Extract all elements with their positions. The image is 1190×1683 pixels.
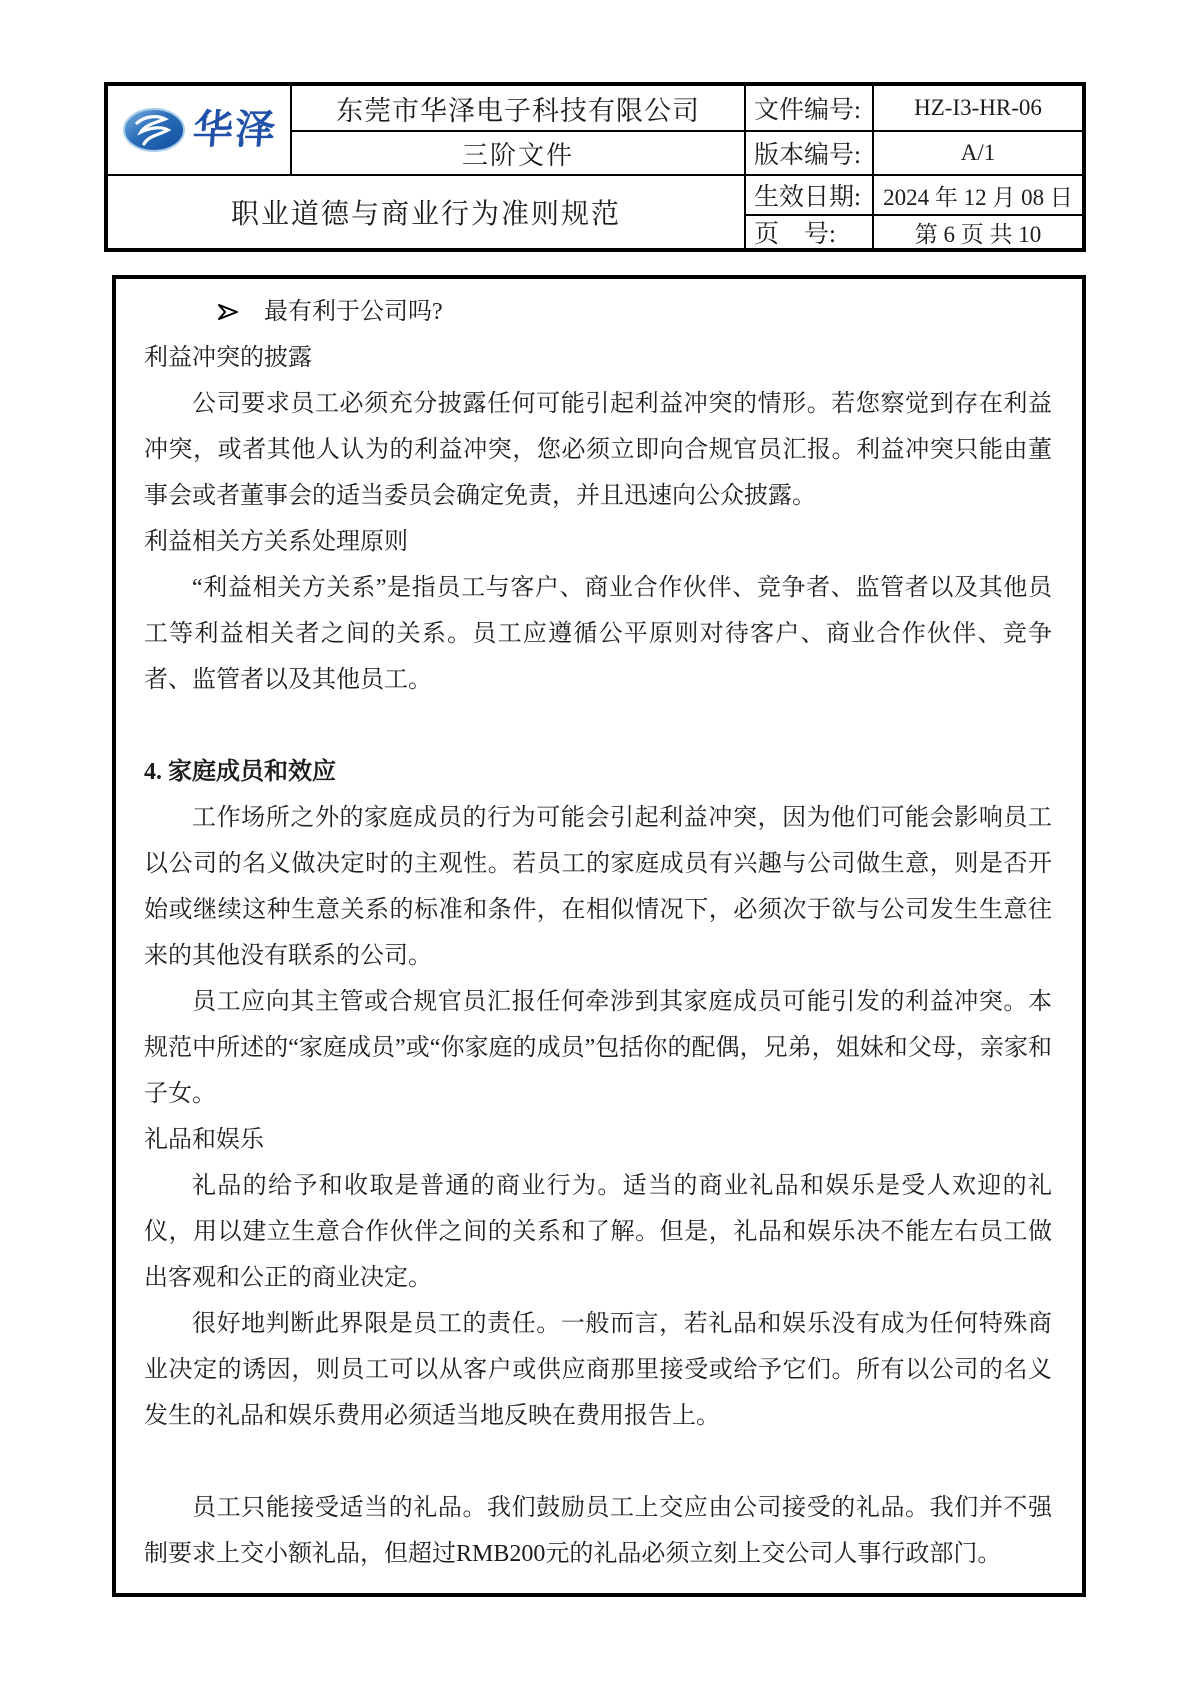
company-logo: 华泽 [108,86,292,176]
paragraph: 员工应向其主管或合规官员汇报任何牵涉到其家庭成员可能引发的利益冲突。本规范中所述… [144,979,1052,1117]
paragraph: 公司要求员工必须充分披露任何可能引起利益冲突的情形。若您察觉到存在利益冲突，或者… [144,381,1052,519]
paragraph: 员工只能接受适当的礼品。我们鼓励员工上交应由公司接受的礼品。我们并不强制要求上交… [144,1485,1052,1577]
section-heading: 利益冲突的披露 [144,335,1052,381]
logo-text: 华泽 [192,110,279,150]
document-title: 职业道德与商业行为准则规范 [108,176,744,248]
document-body: 最有利于公司吗? 利益冲突的披露 公司要求员工必须充分披露任何可能引起利益冲突的… [112,275,1086,1597]
section-heading: 利益相关方关系处理原则 [144,519,1052,565]
field-label-page-number: 页 号: [744,216,872,248]
arrow-bullet-icon [216,302,240,322]
logo-ellipse-icon [121,106,187,154]
field-value-page-number: 第 6 页 共 10 [872,216,1082,248]
bullet-item: 最有利于公司吗? [144,289,1052,335]
company-name: 东莞市华泽电子科技有限公司 [292,86,744,132]
section-heading: 礼品和娱乐 [144,1117,1052,1163]
blank-line [144,1439,1052,1485]
field-value-effective-date: 2024 年 12 月 08 日 [872,176,1082,216]
document-page: 华泽 东莞市华泽电子科技有限公司 三阶文件 职业道德与商业行为准则规范 文件编号… [0,0,1190,1683]
document-header-table: 华泽 东莞市华泽电子科技有限公司 三阶文件 职业道德与商业行为准则规范 文件编号… [104,82,1086,252]
field-value-version: A/1 [872,132,1082,176]
field-label-effective-date: 生效日期: [744,176,872,216]
paragraph: “利益相关方关系”是指员工与客户、商业合作伙伴、竞争者、监管者以及其他员工等利益… [144,565,1052,703]
paragraph: 礼品的给予和收取是普通的商业行为。适当的商业礼品和娱乐是受人欢迎的礼仪，用以建立… [144,1163,1052,1301]
section-heading-numbered: 4. 家庭成员和效应 [144,749,1052,795]
paragraph: 工作场所之外的家庭成员的行为可能会引起利益冲突，因为他们可能会影响员工以公司的名… [144,795,1052,979]
field-label-version: 版本编号: [744,132,872,176]
field-label-doc-number: 文件编号: [744,86,872,132]
paragraph: 很好地判断此界限是员工的责任。一般而言，若礼品和娱乐没有成为任何特殊商业决定的诱… [144,1301,1052,1439]
doc-level-label: 三阶文件 [292,132,744,176]
blank-line [144,703,1052,749]
field-value-doc-number: HZ-I3-HR-06 [872,86,1082,132]
bullet-text: 最有利于公司吗? [264,289,443,335]
